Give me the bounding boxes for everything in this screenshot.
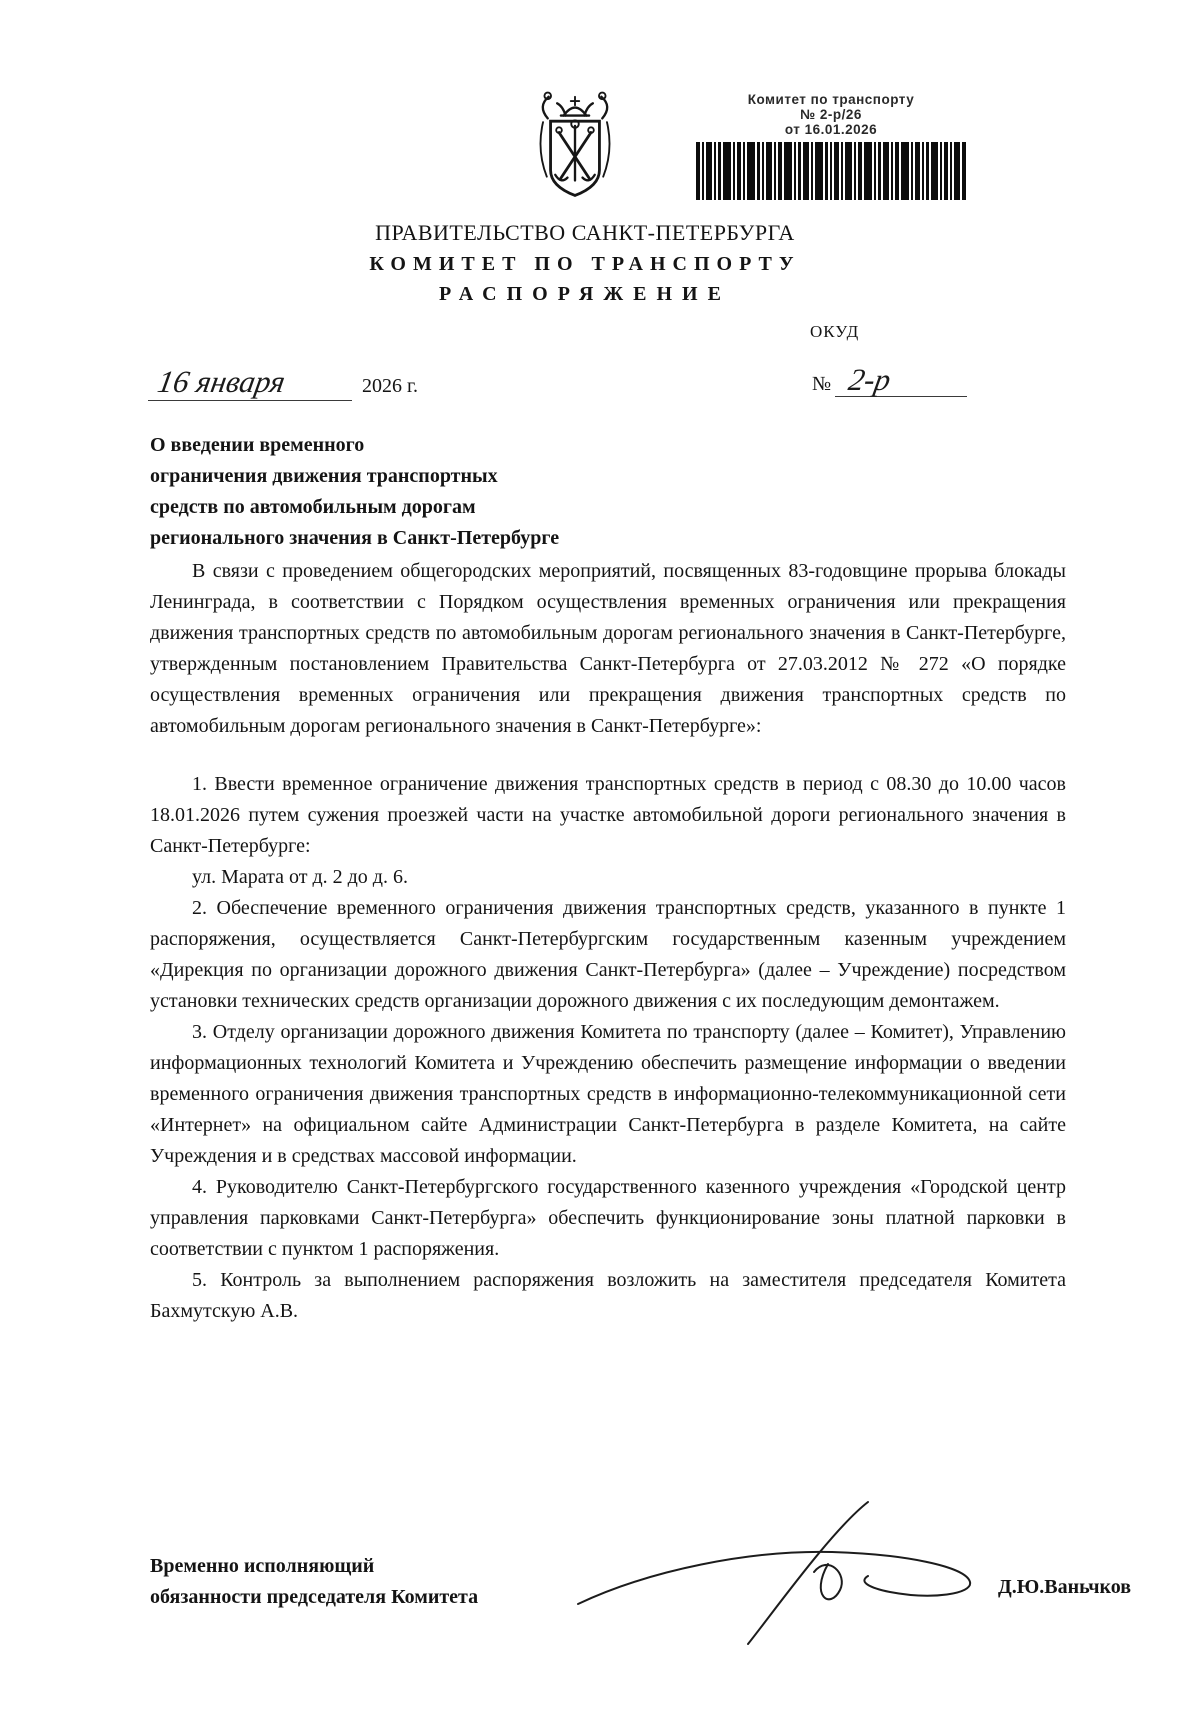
document-type-title: РАСПОРЯЖЕНИЕ xyxy=(0,283,1170,306)
committee-title: КОМИТЕТ ПО ТРАНСПОРТУ xyxy=(0,253,1170,276)
subject-line: О введении временного xyxy=(150,430,790,461)
item-3-paragraph: 3. Отделу организации дорожного движения… xyxy=(150,1017,1066,1172)
signer-position-line: Временно исполняющий xyxy=(150,1551,478,1582)
date-field: 16 января2026 г. xyxy=(148,367,418,401)
street-line: ул. Марата от д. 2 до д. 6. xyxy=(150,862,1066,893)
stamp-date-line: от 16.01.2026 xyxy=(695,122,967,137)
subject-block: О введении временного ограничения движен… xyxy=(150,430,790,554)
stamp-number-line: № 2-р/26 xyxy=(695,107,967,122)
number-label: № xyxy=(812,373,831,395)
decree-document-page: Комитет по транспорту № 2-р/26 от 16.01.… xyxy=(0,0,1200,1716)
registration-stamp: Комитет по транспорту № 2-р/26 от 16.01.… xyxy=(695,92,967,200)
handwritten-date: 16 января xyxy=(155,367,287,397)
okud-label: ОКУД xyxy=(810,322,859,342)
signer-position: Временно исполняющий обязанности председ… xyxy=(150,1551,478,1613)
document-header: ПРАВИТЕЛЬСТВО САНКТ-ПЕТЕРБУРГА КОМИТЕТ П… xyxy=(0,220,1170,306)
subject-line: средств по автомобильным дорогам xyxy=(150,492,790,523)
subject-line: ограничения движения транспортных xyxy=(150,461,790,492)
government-title: ПРАВИТЕЛЬСТВО САНКТ-ПЕТЕРБУРГА xyxy=(0,220,1170,246)
intro-paragraph: В связи с проведением общегородских меро… xyxy=(150,556,1066,742)
date-number-line: 16 января2026 г. №2-р xyxy=(148,352,1068,407)
stamp-committee-line: Комитет по транспорту xyxy=(695,92,967,107)
date-year: 2026 г. xyxy=(362,375,418,397)
barcode-icon xyxy=(696,142,966,200)
number-field: №2-р xyxy=(812,365,967,397)
signer-name: Д.Ю.Ваньчков xyxy=(998,1576,1131,1599)
document-body: В связи с проведением общегородских меро… xyxy=(150,556,1066,1327)
item-1-paragraph: 1. Ввести временное ограничение движения… xyxy=(150,769,1066,862)
subject-line: регионального значения в Санкт-Петербург… xyxy=(150,523,790,554)
item-2-paragraph: 2. Обеспечение временного ограничения дв… xyxy=(150,893,1066,1017)
item-5-paragraph: 5. Контроль за выполнением распоряжения … xyxy=(150,1265,1066,1327)
signer-position-line: обязанности председателя Комитета xyxy=(150,1582,478,1613)
handwritten-number: 2-р xyxy=(846,365,893,395)
item-4-paragraph: 4. Руководителю Санкт-Петербургского гос… xyxy=(150,1172,1066,1265)
handwritten-signature-icon xyxy=(570,1492,990,1652)
st-petersburg-coat-of-arms-icon xyxy=(528,90,622,227)
